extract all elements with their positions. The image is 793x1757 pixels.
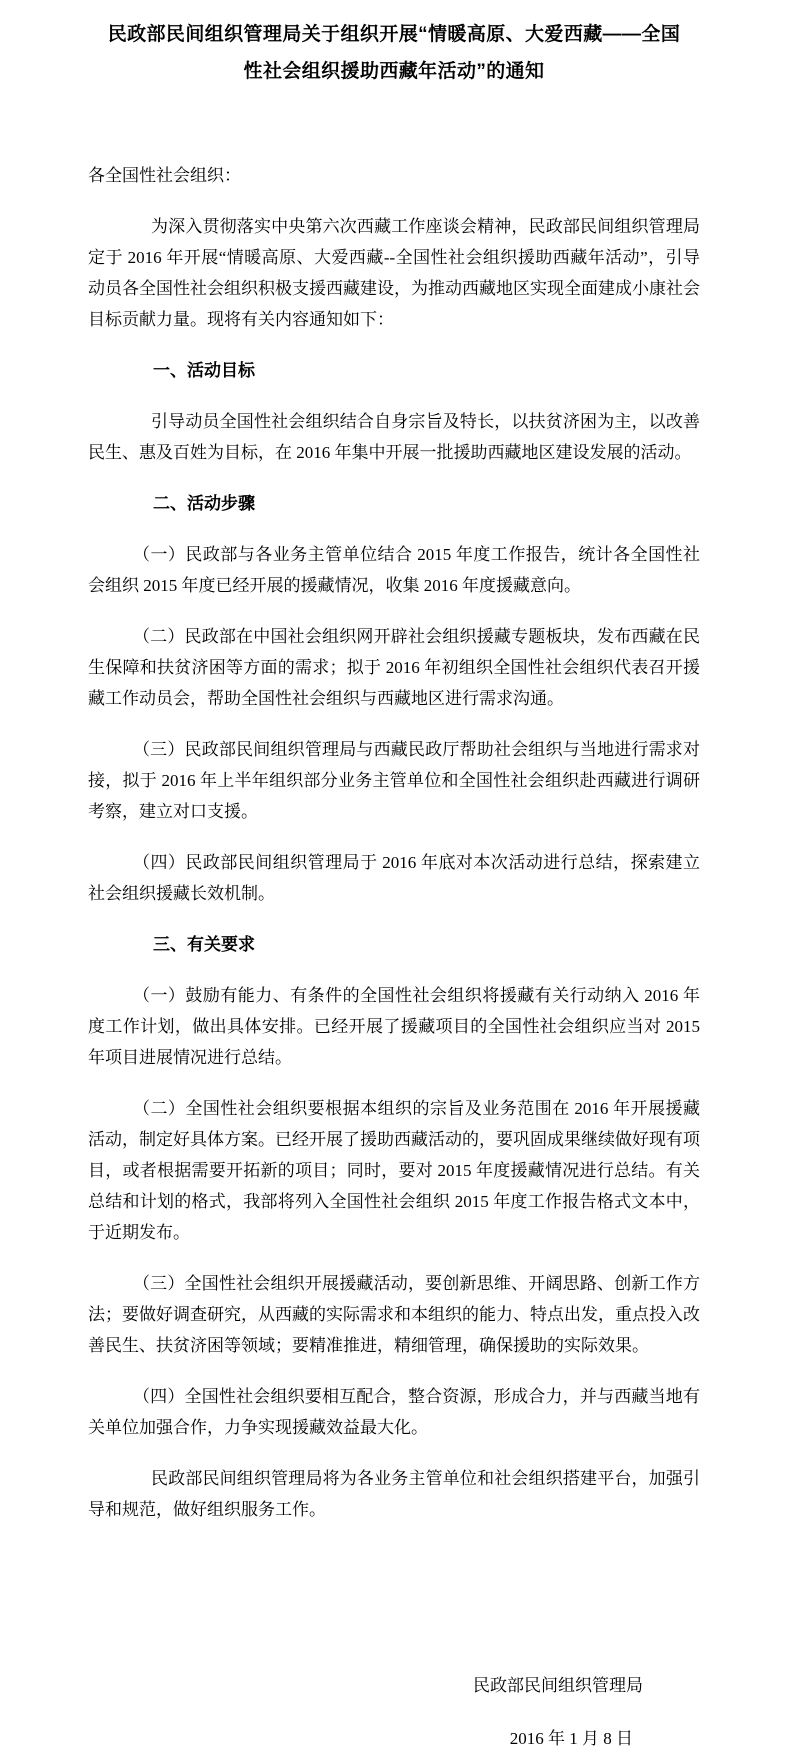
signature-block: 民政部民间组织管理局 2016 年 1 月 8 日: [88, 1670, 700, 1754]
notice-title-line-2: 性社会组织援助西藏年活动”的通知: [88, 53, 700, 90]
notice-title: 民政部民间组织管理局关于组织开展“情暖高原、大爱西藏——全国 性社会组织援助西藏…: [88, 16, 700, 90]
section-heading-1: 一、活动目标: [88, 355, 700, 386]
section-2-item-1: （一）民政部与各业务主管单位结合 2015 年度工作报告，统计各全国性社会组织 …: [88, 539, 700, 601]
signature-organization: 民政部民间组织管理局: [88, 1670, 700, 1701]
notice-title-line-1: 民政部民间组织管理局关于组织开展“情暖高原、大爱西藏——全国: [88, 16, 700, 53]
section-1-paragraph: 引导动员全国性社会组织结合自身宗旨及特长，以扶贫济困为主，以改善民生、惠及百姓为…: [88, 406, 700, 468]
signature-date: 2016 年 1 月 8 日: [88, 1723, 700, 1754]
closing-paragraph: 民政部民间组织管理局将为各业务主管单位和社会组织搭建平台，加强引导和规范，做好组…: [88, 1463, 700, 1525]
section-3-item-4: （四）全国性社会组织要相互配合，整合资源，形成合力，并与西藏当地有关单位加强合作…: [88, 1381, 700, 1443]
salutation: 各全国性社会组织：: [88, 160, 700, 191]
intro-paragraph: 为深入贯彻落实中央第六次西藏工作座谈会精神，民政部民间组织管理局定于 2016 …: [88, 211, 700, 335]
section-3-item-3: （三）全国性社会组织开展援藏活动，要创新思维、开阔思路、创新工作方法；要做好调查…: [88, 1268, 700, 1361]
section-3-item-1: （一）鼓励有能力、有条件的全国性社会组织将援藏有关行动纳入 2016 年度工作计…: [88, 980, 700, 1073]
section-3-item-2: （二）全国性社会组织要根据本组织的宗旨及业务范围在 2016 年开展援藏活动，制…: [88, 1093, 700, 1248]
section-heading-2: 二、活动步骤: [88, 488, 700, 519]
section-2-item-2: （二）民政部在中国社会组织网开辟社会组织援藏专题板块，发布西藏在民生保障和扶贫济…: [88, 621, 700, 714]
section-2-item-4: （四）民政部民间组织管理局于 2016 年底对本次活动进行总结，探索建立社会组织…: [88, 847, 700, 909]
notice-document: 民政部民间组织管理局关于组织开展“情暖高原、大爱西藏——全国 性社会组织援助西藏…: [0, 0, 793, 1757]
section-heading-3: 三、有关要求: [88, 929, 700, 960]
section-2-item-3: （三）民政部民间组织管理局与西藏民政厅帮助社会组织与当地进行需求对接，拟于 20…: [88, 734, 700, 827]
